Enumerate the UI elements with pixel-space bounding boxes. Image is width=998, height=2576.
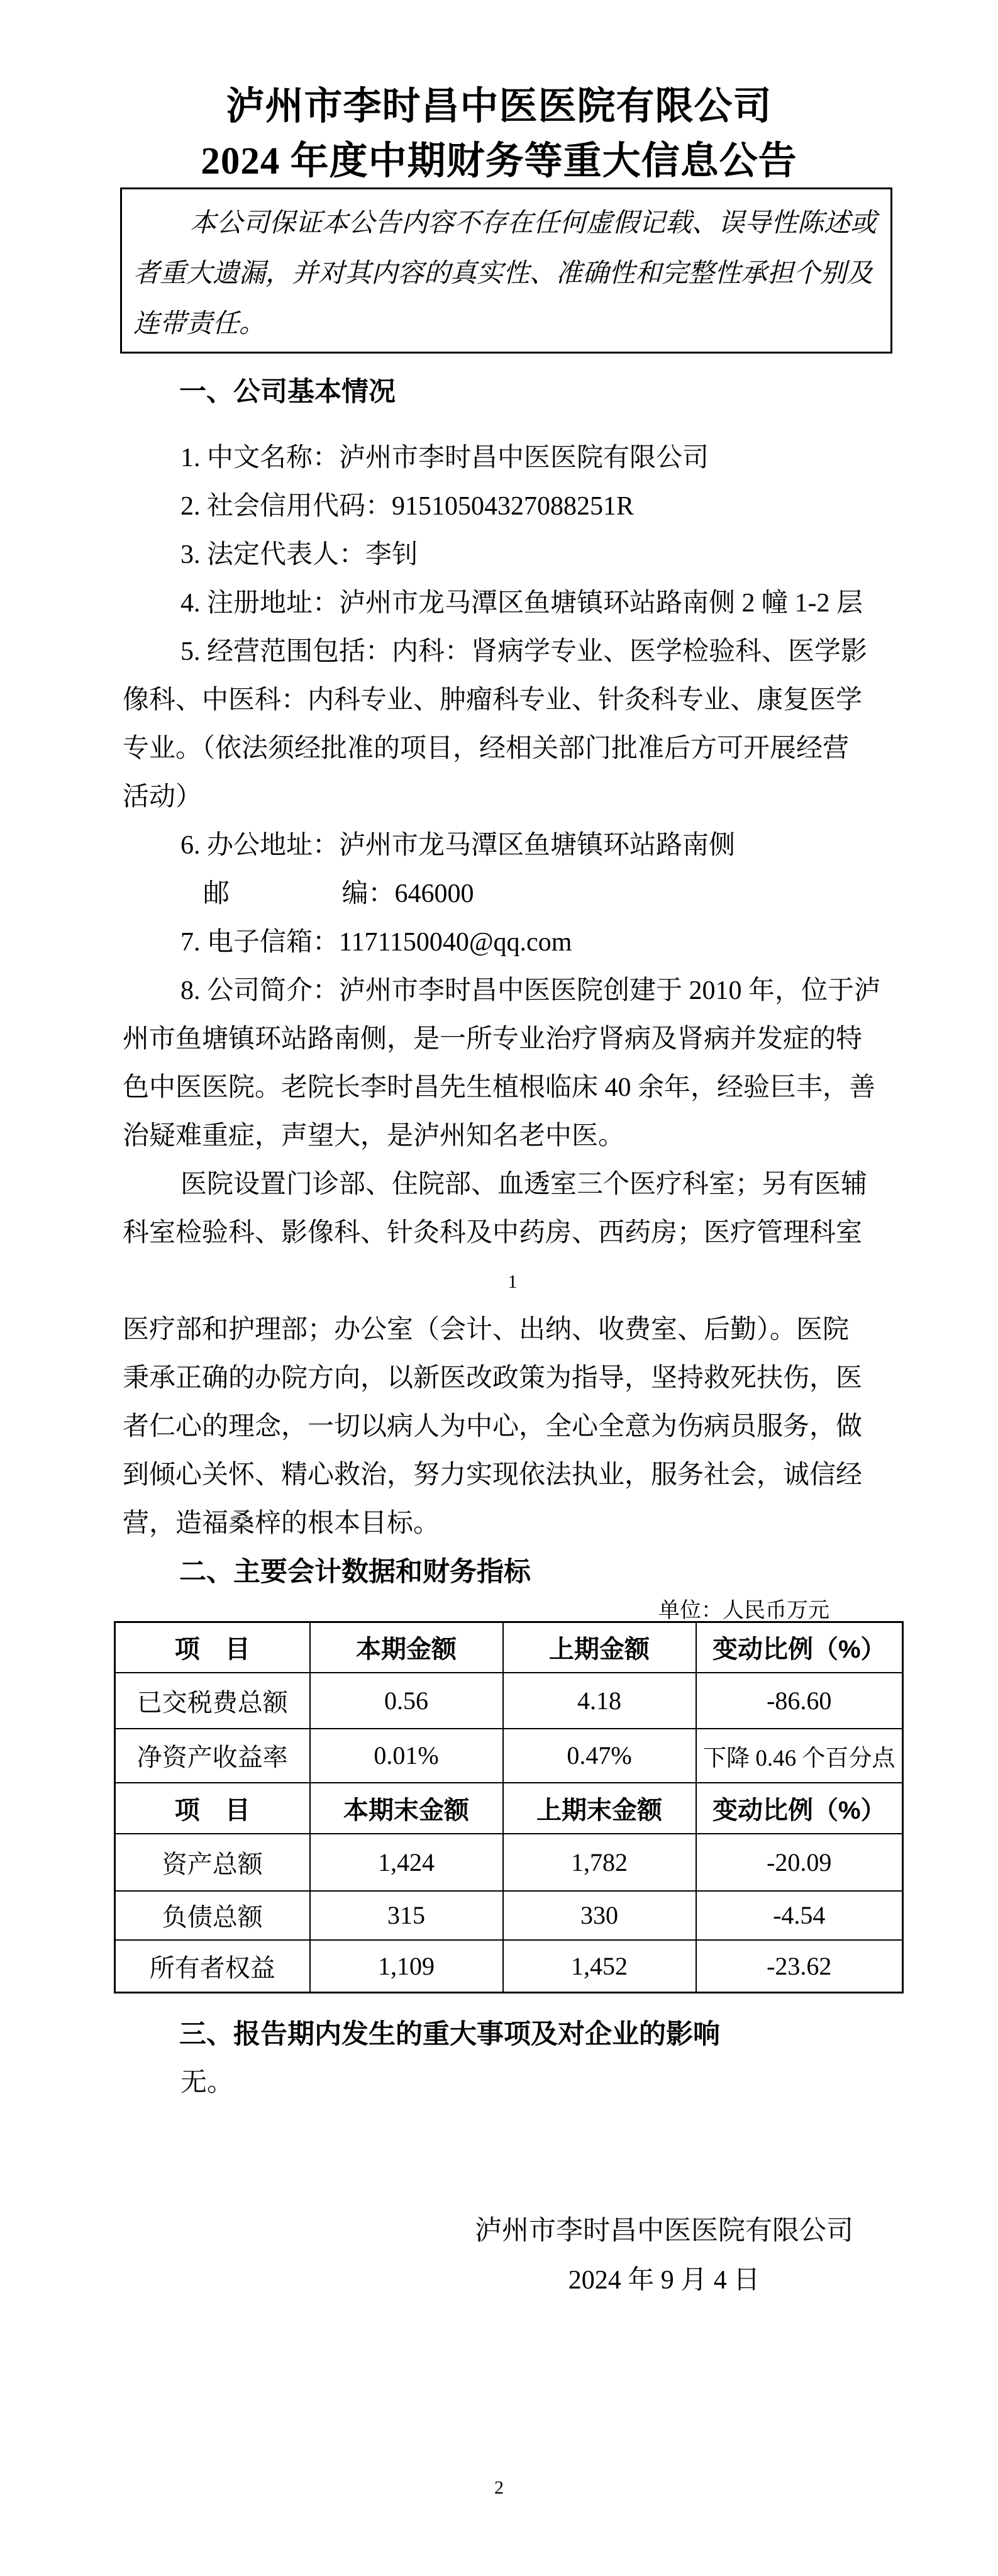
body-line: 医疗部和护理部；办公室（会计、出纳、收费室、后勤）。医院 bbox=[123, 1306, 902, 1354]
table-cell: 已交税费总额 bbox=[115, 1673, 310, 1729]
table-cell: 0.47% bbox=[503, 1729, 696, 1783]
table-header-row: 项 目 本期末金额 上期末金额 变动比例（%） bbox=[115, 1783, 903, 1834]
table-cell: 1,782 bbox=[503, 1834, 696, 1891]
document-body: 一、公司基本情况 1. 中文名称：泸州市李时昌中医医院有限公司 2. 社会信用代… bbox=[123, 368, 902, 1625]
body-line: 邮 编：646000 bbox=[123, 870, 902, 918]
table-cell: 资产总额 bbox=[115, 1834, 310, 1891]
table-row: 净资产收益率 0.01% 0.47% 下降 0.46 个百分点 bbox=[115, 1729, 903, 1783]
signature-company: 泸州市李时昌中医医院有限公司 bbox=[470, 2207, 858, 2256]
body-line: 州市鱼塘镇环站路南侧，是一所专业治疗肾病及肾病并发症的特 bbox=[123, 1015, 902, 1064]
table-row: 已交税费总额 0.56 4.18 -86.60 bbox=[115, 1673, 903, 1729]
table-cell: 1,452 bbox=[503, 1940, 696, 1993]
body-line: 5. 经营范围包括：内科：肾病学专业、医学检验科、医学影 bbox=[123, 628, 902, 676]
body-line: 科室检验科、影像科、针灸科及中药房、西药房；医疗管理科室 bbox=[123, 1209, 902, 1257]
page1-number: 1 bbox=[123, 1257, 902, 1306]
table-cell: 330 bbox=[503, 1891, 696, 1940]
table-cell: -20.09 bbox=[696, 1834, 903, 1891]
body-line: 到倾心关怀、精心救治，努力实现依法执业，服务社会，诚信经 bbox=[123, 1451, 902, 1500]
table-header-cell: 变动比例（%） bbox=[696, 1622, 903, 1673]
table-row: 所有者权益 1,109 1,452 -23.62 bbox=[115, 1940, 903, 1993]
body-line: 专业。（依法须经批准的项目，经相关部门批准后方可开展经营 bbox=[123, 725, 902, 773]
table-cell: 0.56 bbox=[310, 1673, 503, 1729]
body-line: 像科、中医科：内科专业、肿瘤科专业、针灸科专业、康复医学 bbox=[123, 676, 902, 725]
body-line: 活动） bbox=[123, 773, 902, 822]
section1-heading: 一、公司基本情况 bbox=[123, 368, 902, 416]
table-cell: 所有者权益 bbox=[115, 1940, 310, 1993]
body-line: 医院设置门诊部、住院部、血透室三个医疗科室；另有医辅 bbox=[123, 1161, 902, 1209]
body-line: 色中医医院。老院长李时昌先生植根临床 40 余年，经验巨丰，善 bbox=[123, 1064, 902, 1112]
financial-indicators-table: 项 目 本期金额 上期金额 变动比例（%） 已交税费总额 0.56 4.18 -… bbox=[114, 1621, 904, 1993]
table-cell: 1,109 bbox=[310, 1940, 503, 1993]
document-title-line2: 2024 年度中期财务等重大信息公告 bbox=[0, 130, 998, 185]
table-header-cell: 上期末金额 bbox=[503, 1783, 696, 1834]
table-header-cell: 变动比例（%） bbox=[696, 1783, 903, 1834]
page2-number: 2 bbox=[0, 2477, 998, 2499]
table-header-cell: 项 目 bbox=[115, 1622, 310, 1673]
body-line: 3. 法定代表人：李钊 bbox=[123, 531, 902, 579]
table-cell: -86.60 bbox=[696, 1673, 903, 1729]
table-cell: 负债总额 bbox=[115, 1891, 310, 1940]
table-header-cell: 本期金额 bbox=[310, 1622, 503, 1673]
disclaimer-line: 本公司保证本公告内容不存在任何虚假记载、误导性陈述或 bbox=[133, 198, 882, 248]
table-cell: 下降 0.46 个百分点 bbox=[696, 1729, 903, 1783]
body-line: 无。 bbox=[123, 2059, 902, 2107]
section2-heading: 二、主要会计数据和财务指标 bbox=[123, 1548, 902, 1597]
body-line: 2. 社会信用代码：91510504327088251R bbox=[123, 482, 902, 531]
table-cell: 0.01% bbox=[310, 1729, 503, 1783]
disclaimer-box: 本公司保证本公告内容不存在任何虚假记载、误导性陈述或 者重大遗漏，并对其内容的真… bbox=[120, 187, 892, 354]
table-header-cell: 本期末金额 bbox=[310, 1783, 503, 1834]
body-line: 7. 电子信箱：1171150040@qq.com bbox=[123, 918, 902, 967]
body-line: 秉承正确的办院方向，以新医改政策为指导，坚持救死扶伤，医 bbox=[123, 1354, 902, 1403]
table-cell: 4.18 bbox=[503, 1673, 696, 1729]
table-header-cell: 上期金额 bbox=[503, 1622, 696, 1673]
signature-block: 泸州市李时昌中医医院有限公司 2024 年 9 月 4 日 bbox=[470, 2207, 858, 2305]
table-cell: 净资产收益率 bbox=[115, 1729, 310, 1783]
body-line: 8. 公司简介：泸州市李时昌中医医院创建于 2010 年，位于泸 bbox=[123, 967, 902, 1015]
body-line: 者仁心的理念，一切以病人为中心，全心全意为伤病员服务，做 bbox=[123, 1403, 902, 1451]
body-line: 营，造福桑梓的根本目标。 bbox=[123, 1500, 902, 1548]
disclaimer-line: 连带责任。 bbox=[133, 299, 882, 349]
table-cell: -4.54 bbox=[696, 1891, 903, 1940]
table-row: 负债总额 315 330 -4.54 bbox=[115, 1891, 903, 1940]
table-cell: 315 bbox=[310, 1891, 503, 1940]
table-header-cell: 项 目 bbox=[115, 1783, 310, 1834]
body-line: 4. 注册地址：泸州市龙马潭区鱼塘镇环站路南侧 2 幢 1-2 层 bbox=[123, 579, 902, 628]
table-cell: 1,424 bbox=[310, 1834, 503, 1891]
table-row: 资产总额 1,424 1,782 -20.09 bbox=[115, 1834, 903, 1891]
table-cell: -23.62 bbox=[696, 1940, 903, 1993]
body-line: 1. 中文名称：泸州市李时昌中医医院有限公司 bbox=[123, 434, 902, 482]
section3: 三、报告期内发生的重大事项及对企业的影响 无。 bbox=[123, 2010, 902, 2107]
document-title-line1: 泸州市李时昌中医医院有限公司 bbox=[0, 75, 998, 130]
section3-heading: 三、报告期内发生的重大事项及对企业的影响 bbox=[123, 2010, 902, 2059]
table-header-row: 项 目 本期金额 上期金额 变动比例（%） bbox=[115, 1622, 903, 1673]
signature-date: 2024 年 9 月 4 日 bbox=[470, 2256, 858, 2305]
disclaimer-line: 者重大遗漏，并对其内容的真实性、准确性和完整性承担个别及 bbox=[133, 248, 882, 299]
body-line: 治疑难重症，声望大，是泸州知名老中医。 bbox=[123, 1112, 902, 1161]
body-line: 6. 办公地址：泸州市龙马潭区鱼塘镇环站路南侧 bbox=[123, 822, 902, 870]
